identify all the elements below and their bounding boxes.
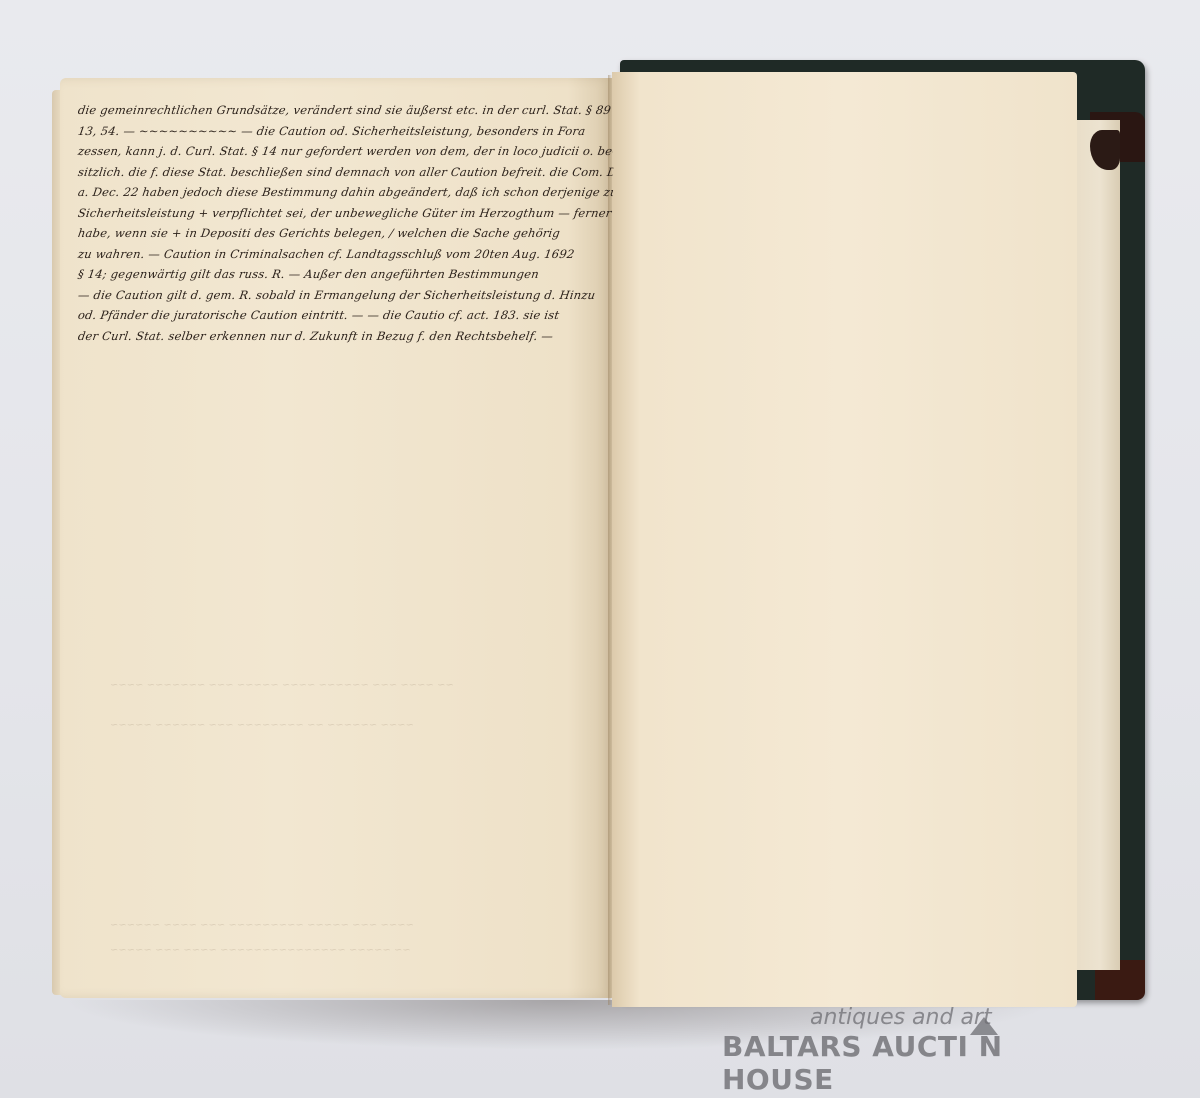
bleedthrough-text: ~~ ~~~~~ ~~~~~~~~~~~~~~~ ~~~~ ~~~ ~~~~~ bbox=[110, 945, 411, 956]
handwritten-line: habe, wenn sie + in Depositi des Gericht… bbox=[77, 223, 615, 244]
watermark-tagline: antiques and art bbox=[810, 1005, 992, 1030]
handwritten-line: zu wahren. — Caution in Criminalsachen c… bbox=[77, 244, 615, 265]
handwritten-line: zessen, kann j. d. Curl. Stat. § 14 nur … bbox=[77, 141, 615, 162]
handwritten-line: sitzlich. die f. diese Stat. beschließen… bbox=[77, 162, 615, 183]
handwritten-line: die gemeinrechtlichen Grundsätze, veränd… bbox=[77, 100, 615, 121]
bleedthrough-text: ~~ ~~~~ ~~~ ~~~~~~ ~~~~ ~~~~~ ~~~ ~~~~~~… bbox=[110, 680, 454, 691]
handwritten-line: § 14; gegenwärtig gilt das russ. R. — Au… bbox=[77, 264, 615, 285]
handwritten-line: Sicherheitsleistung + verpflichtet sei, … bbox=[77, 203, 615, 224]
handwritten-line: od. Pfänder die juratorische Caution ein… bbox=[77, 305, 615, 326]
handwritten-line: 13, 54. — ~~~~~~~~~~ — die Caution od. S… bbox=[77, 121, 615, 142]
bleedthrough-text: ~~~~ ~~~~~~ ~~ ~~~~~~~~ ~~~ ~~~~~~ ~~~~~ bbox=[110, 720, 414, 731]
bleedthrough-text: ~~~~ ~~~ ~~~~~ ~~~~~~~~~ ~~~ ~~~~ ~~~~~~ bbox=[110, 920, 414, 931]
watermark-brand: BALTARS AUCTI N HOUSE bbox=[722, 1030, 1120, 1096]
handwritten-line: der Curl. Stat. selber erkennen nur d. Z… bbox=[77, 326, 615, 347]
endpaper bbox=[1070, 120, 1120, 970]
handwritten-notes: die gemeinrechtlichen Grundsätze, veränd… bbox=[78, 100, 613, 346]
auction-house-watermark: antiques and art BALTARS AUCTI N HOUSE bbox=[720, 1005, 1120, 1065]
right-page bbox=[612, 72, 1077, 1007]
handwritten-line: a. Dec. 22 haben jedoch diese Bestimmung… bbox=[77, 182, 615, 203]
handwritten-line: — die Caution gilt d. gem. R. sobald in … bbox=[77, 285, 615, 306]
